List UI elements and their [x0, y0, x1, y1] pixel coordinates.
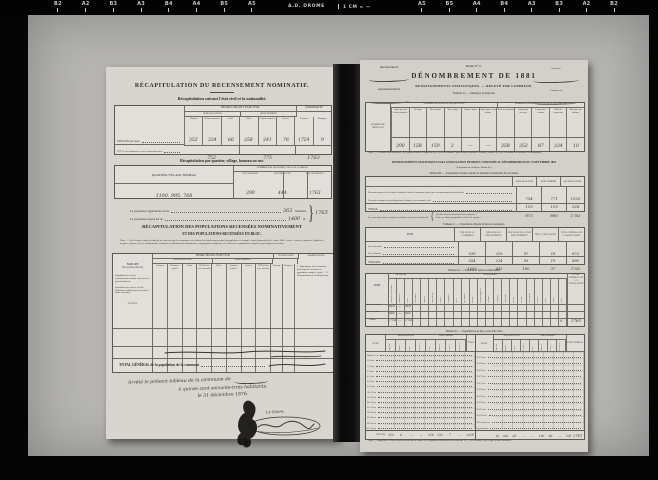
table-a-column: Ayant un seul rez-de-chaussée 390: [391, 108, 409, 151]
table-rule: [390, 137, 584, 138]
row-label: Personnes comptées à part (garnisons, ho…: [368, 200, 431, 203]
table-c-row: Sexe masculin 539 219 97 18 873: [366, 242, 584, 249]
total-value-handwritten: —: [416, 433, 426, 437]
dotted-leader: [466, 190, 512, 194]
column-header: Total: [407, 279, 409, 303]
table-a: NOMBRE DE MÉNAGES NOMBRE DE MAISONS D'HA…: [365, 102, 585, 152]
total-column-header: TOTAL GÉNÉRAL DE LA POPULATION: [568, 274, 584, 286]
age-label: 45 à 50 ans: [367, 428, 376, 430]
quarter-column-header: QUARTIER, VILLAGE, HAMEAU: [115, 166, 233, 183]
sparse-unit: id.: [303, 218, 306, 222]
state-column: Divorcés: [416, 340, 426, 351]
column-header: Total des maisons: [497, 108, 513, 112]
column-header: Divorcées: [559, 340, 561, 351]
table-b-caption: Tableau B. — Population classée d'après …: [360, 171, 588, 175]
calibration-tick: [476, 8, 477, 12]
column-header: Russes: [513, 279, 515, 303]
column-header: Filles: [532, 340, 534, 351]
right-page: DÉPARTEMENT ARRONDISSEMENT Modèle N° 11.…: [360, 60, 588, 452]
column-header: SEXE FÉMININ: [536, 177, 560, 186]
column-header: Garçons: [156, 264, 164, 268]
age-label: 3 à 4 ans: [367, 371, 374, 373]
column-header: Garçons: [389, 340, 391, 351]
commune-name-squiggle: [234, 379, 268, 385]
column-value-handwritten: 1754: [298, 138, 310, 143]
column-header: DES MAISONS: [243, 172, 258, 176]
column-value-handwritten: 159: [431, 144, 440, 149]
grand-total-header: TOTAL GÉNÉRAL: [566, 335, 584, 351]
calibration-marks-right: A5 B5 A4 B4 A3 B3 A2 B2: [418, 1, 618, 12]
question-option-2: L'une ou l'autre population a-t-elle été…: [436, 217, 482, 220]
sparse-value-handwritten: 1400: [288, 217, 300, 222]
calibration-tick: [168, 8, 169, 12]
total-value-handwritten: 352: [386, 433, 396, 437]
table-a-column: Total des logements 334: [549, 108, 567, 151]
table-a-column: Moyenne par maison 10: [566, 108, 584, 151]
column-value-handwritten: 76: [283, 138, 289, 143]
age-label: 55 à 60 ans: [477, 363, 486, 365]
column-value-handwritten: —: [486, 144, 491, 149]
recap-title: RÉCAPITULATION DES POPULATIONS RECENSÉES…: [106, 224, 338, 229]
column-value-handwritten: 87: [538, 144, 544, 149]
age-header: ÂGES: [366, 335, 385, 351]
question-text: Les renseignements consignés au tableau …: [368, 217, 429, 220]
table-d-total-label: Totaux.: [369, 319, 376, 322]
column-header: Autrichiens: [432, 279, 434, 303]
table-e-left-panel: ÂGES SEXE MASCULIN Garçons Mariés Veuf: [366, 335, 476, 439]
state-column: Filles: [530, 340, 539, 351]
age-label: 90 à 95 ans: [477, 409, 486, 411]
dotted-leader: [433, 198, 512, 202]
question-brace: {: [431, 211, 434, 222]
table-c-caption: Tableau C. — Population d'après le lieu …: [360, 222, 588, 226]
table-a-column: Total des maisons 358: [496, 108, 514, 151]
table-b-total-row: TOTAL. 873 890 1763: [366, 203, 584, 212]
column-header: Divorcés: [523, 340, 525, 351]
age-label: 30 à 35 ans: [367, 412, 376, 414]
table-e-right-panel: ÂGES SEXE MASCULIN Garçons Mariés Veuf: [476, 335, 584, 439]
calibration-tick: [113, 8, 114, 12]
grand-total-row: TOTAL GÉNÉRAL de la population de la com…: [113, 358, 333, 372]
left-page-subtitle: Récapitulation suivant l'état civil et l…: [106, 96, 338, 101]
civil-table-column: Femmes mariées 341: [258, 117, 276, 145]
calibration-mark-label: B4: [500, 1, 508, 7]
civil-table-column: Veuves 76: [276, 117, 294, 145]
total-value-handwritten: 333: [435, 433, 445, 437]
scanner-bed: RÉCAPITULATION DU RECENSEMENT NOMINATIF.…: [28, 15, 649, 456]
calibration-mark: A2: [583, 1, 591, 12]
calibration-tick: [251, 8, 252, 12]
total-value-handwritten: —: [396, 318, 404, 326]
table-d: SEXE FRANÇAIS Français de naissance Natu…: [365, 273, 585, 327]
summary-total-handwritten: 1763: [315, 210, 328, 216]
column-header: Hommes mariés: [168, 264, 182, 270]
age-label: 40 à 45 ans: [367, 423, 376, 425]
column-header: Divorcés: [419, 340, 421, 351]
question-line: Les renseignements consignés au tableau …: [368, 213, 580, 220]
column-header: Moyenne par maison: [567, 108, 584, 114]
calibration-tick: [421, 8, 422, 12]
panel-total-header: TOTAL: [466, 335, 475, 351]
closing-statement: Arrêté le présent tableau de la commune …: [128, 379, 318, 398]
table-a-columns: Ayant un seul rez-de-chaussée 390 Un éta…: [391, 108, 584, 151]
table-rule: [113, 328, 333, 329]
column-value-handwritten: 341: [263, 138, 272, 143]
calibration-marks-left: B2 A2 B3 A3 B4 A4 B5 A5: [54, 1, 256, 12]
column-header: Mariés: [505, 340, 507, 351]
grand-total-label: TOTAL des habitants recensés nominativem…: [117, 151, 162, 154]
scale-label: 1 CM = —: [338, 4, 371, 10]
column-header: Français de naissance: [391, 279, 393, 303]
column-header: Polonais: [488, 279, 490, 303]
column-header: Roumains: [505, 279, 507, 303]
column-header: NÉS DANS LE DÉPARTEMENT: [480, 228, 506, 241]
calibration-mark-label: A3: [528, 1, 536, 7]
state-column: Veufs: [512, 340, 521, 351]
column-value-handwritten: 2: [451, 144, 454, 149]
total-label: TOTAUX.: [368, 261, 381, 265]
quarter-value-handwritten: 1100. 995. 768: [156, 194, 193, 199]
age-label: 10 à 15 ans: [367, 392, 376, 394]
calibration-mark: B4: [165, 1, 173, 12]
age-label: 65 à 70 ans: [477, 376, 486, 378]
column-value-handwritten: 358: [244, 138, 253, 143]
grand-total-handwritten: 1763: [573, 433, 582, 437]
column-header: Suédois: [521, 279, 523, 303]
state-column: Divorcées: [557, 340, 566, 351]
table-d-caption: Tableau D. — Population selon la nationa…: [360, 268, 588, 272]
column-header: Deux étages: [430, 108, 441, 112]
age-label: Âges inconnus: [477, 428, 489, 430]
table-c: SEXE NÉS DANS LA COMMUNENÉS DANS LE DÉPA…: [365, 227, 585, 265]
age-label: 25 à 30 ans: [367, 407, 376, 409]
female-sum-cell: 775: [239, 146, 295, 154]
grand-total-cell: 1763: [295, 146, 331, 154]
calibration-mark-label: B5: [445, 1, 453, 7]
column-header: Veuves: [245, 264, 252, 268]
calibration-mark-label: B2: [610, 1, 618, 7]
table-a-column: Trois étages 2: [444, 108, 462, 151]
age-label: 2 à 3 ans: [367, 366, 374, 368]
table-b-rows: Personnes ayant leur résidence habituell…: [366, 187, 584, 203]
column-header: Logements vacants: [532, 108, 549, 114]
table-a-left-head: NOMBRE DE MÉNAGES: [366, 124, 390, 130]
column-header: Total: [561, 279, 563, 303]
table-e: ÂGES SEXE MASCULIN Garçons Mariés Veuf: [365, 334, 585, 440]
column-header: Norvégiens: [529, 279, 531, 303]
column-header: Garçons: [496, 340, 498, 351]
column-value-handwritten: 352: [519, 144, 528, 149]
agglomerated-value-handwritten: 363: [283, 209, 292, 214]
column-header: NÉS DANS LA COMMUNE: [454, 228, 480, 241]
column-header: Un étage: [414, 108, 422, 112]
table-b-row: Personnes ayant leur résidence habituell…: [366, 187, 584, 195]
calibration-tick: [85, 8, 86, 12]
column-value-handwritten: —: [468, 144, 473, 149]
state-column: Veuves: [548, 340, 557, 351]
column-header: Cinq étages et au-dessus: [480, 108, 497, 114]
microfilm-scan: B2 A2 B3 A3 B4 A4 B5 A5: [0, 0, 658, 480]
column-header: Espagnols: [448, 279, 450, 303]
table-a-left-head-cell: NOMBRE DE MÉNAGES: [366, 103, 390, 151]
calibration-mark: A2: [82, 1, 90, 12]
column-header: Mariées: [541, 340, 543, 351]
age-label: 35 à 40 ans: [367, 417, 376, 419]
fr-value-row: 869 — 869: [388, 304, 412, 311]
age-label: 50 à 55 ans: [477, 357, 486, 359]
left-page: RÉCAPITULATION DU RECENSEMENT NOMINATIF.…: [106, 67, 338, 439]
totals-label: TOTAUX: [366, 434, 386, 436]
calibration-mark: B2: [54, 1, 62, 12]
column-header: Veufs: [228, 117, 233, 121]
populations-detail-table: NATURE DES POPULATIONS Populations recen…: [112, 253, 334, 373]
column-header: Belges: [440, 279, 442, 303]
table-c-row: Sexe féminin 554 224 93 19 890: [366, 249, 584, 256]
commune-label: Commune de: [528, 90, 584, 93]
column-header: Filles: [216, 264, 221, 268]
agglomerated-unit: habitants: [295, 210, 306, 214]
column-value-handwritten: 158: [413, 144, 422, 149]
column-header: Logements occupés: [515, 108, 532, 114]
total-label: TOTAL.: [368, 208, 378, 212]
quarter-section-title: Récapitulation par quartier, village, ha…: [106, 159, 338, 163]
column-header: Veuves: [282, 117, 289, 121]
age-label: 20 à 25 ans: [367, 402, 376, 404]
stat-heading: RENSEIGNEMENTS STATISTIQUES SUR LA POPUL…: [360, 161, 588, 164]
column-header: Femmes mariées: [227, 264, 241, 270]
column-header: Mariées: [439, 340, 441, 351]
column-value-handwritten: 352: [189, 138, 198, 143]
column-value-handwritten: 1763: [309, 191, 321, 196]
calibration-mark: A4: [473, 1, 481, 12]
state-column: Divorcés: [521, 340, 530, 351]
table-a-column: Quatre étages —: [461, 108, 479, 151]
female-columns: Filles Mariées Veuves Divorcées: [426, 340, 466, 351]
column-header: Naturalisés: [399, 279, 401, 303]
age-label: Moins de 1 an: [367, 355, 378, 357]
table-b-headers: SEXE MASCULINSEXE FÉMININLES DEUX SEXES: [512, 177, 584, 186]
column-value-handwritten: 390: [246, 191, 255, 196]
column-header: Veufs: [187, 264, 192, 268]
calibration-mark-label: A4: [473, 1, 481, 7]
civil-table-label-cell: TOTAUX par sexe TOTAL des habitants rece…: [115, 106, 184, 154]
state-column: Mariés: [396, 340, 406, 351]
tally-grid: [385, 351, 475, 429]
calibration-mark: A3: [528, 1, 536, 12]
civil-table-column: Hommes mariés 334: [202, 117, 220, 145]
tally-grid: [493, 351, 584, 429]
calibration-mark: A5: [248, 1, 256, 12]
state-column: Mariés: [503, 340, 512, 351]
age-label: 1 à 2 ans: [367, 360, 374, 362]
age-label: 6 à 10 ans: [367, 386, 375, 388]
quarter-count-column: DES HABITANTS 1763: [299, 172, 331, 198]
column-header: Divorcées: [459, 340, 461, 351]
column-divider: [307, 171, 308, 198]
calibration-mark: B4: [500, 1, 508, 12]
calibration-tick: [531, 8, 532, 12]
table-c-total-row: TOTAUX. 1093 443 190 37 1763: [366, 256, 584, 265]
male-columns: Garçons Mariés Veufs Divorcés: [386, 340, 426, 351]
etrangers-total-handwritten: 9: [560, 319, 562, 323]
grand-total-row-label: TOTAL GÉNÉRAL de la population de la com…: [119, 363, 199, 367]
calibration-mark-label: A4: [193, 1, 201, 7]
handwritten-total-stroke: [267, 360, 327, 370]
calibration-mark-label: A5: [418, 1, 426, 7]
quarter-table: QUARTIER, VILLAGE, HAMEAU 1100. 995. 768…: [114, 165, 332, 199]
dotted-leader: [171, 209, 281, 213]
table-d-row-labels: Sexe masculinSexe féminin: [367, 304, 387, 318]
calibration-mark-label: A5: [248, 1, 256, 7]
column-header: DES HABITANTS: [306, 172, 324, 176]
civil-table-column: Filles 358: [239, 117, 257, 145]
table-d-fr-values: 869 — 869 885 — 885: [388, 304, 412, 318]
state-column: Divorcées: [456, 340, 466, 351]
calibration-tick: [504, 8, 505, 12]
calibration-tick: [196, 8, 197, 12]
column-header: Étrangers: [318, 117, 327, 121]
population-summary-lines: La population agglomérée est de 363 habi…: [130, 206, 306, 222]
column-header: Veufs: [409, 340, 411, 351]
state-column: Mariées: [436, 340, 446, 351]
calibration-mark: A4: [193, 1, 201, 12]
table-a-column: Deux étages 159: [426, 108, 444, 151]
column-header: Italiens: [472, 279, 474, 303]
state-column: Veuves: [446, 340, 456, 351]
calibration-mark-label: B4: [165, 1, 173, 7]
calibration-tick: [559, 8, 560, 12]
total-value-handwritten: 7: [445, 433, 455, 437]
column-header: Turcs: [545, 279, 547, 303]
civil-table-column: Garçons 352: [184, 117, 202, 145]
calibration-mark: A3: [137, 1, 145, 12]
age-header: ÂGES: [476, 335, 493, 351]
column-value-handwritten: 9: [321, 138, 324, 143]
summary-brace: }: [308, 203, 314, 223]
column-header: Français: [300, 117, 308, 121]
total-value-handwritten: 1058: [465, 433, 475, 437]
column-header: Femmes mariées: [259, 117, 275, 121]
calibration-tick: [614, 8, 615, 12]
table-a-column: Cinq étages et au-dessus —: [479, 108, 497, 151]
civil-table-column: Étrangers 9: [313, 117, 331, 145]
table-b-row: Personnes comptées à part (garnisons, ho…: [366, 195, 584, 203]
calibration-tick: [141, 8, 142, 12]
state-column: Mariées: [539, 340, 548, 351]
calibration-mark-label: B5: [220, 1, 228, 7]
row-label: Sexe féminin: [367, 311, 387, 318]
column-header: SEXE MASCULIN: [512, 177, 536, 186]
nota-paragraph: Nota. — Cette dernière partie du tableau…: [120, 240, 324, 246]
column-divider: [283, 171, 284, 198]
calibration-mark-label: B3: [109, 1, 117, 7]
total-value-handwritten: 8: [396, 433, 406, 437]
fr-value-row: 885 — 885: [388, 311, 412, 318]
column-header: TOTAL GÉNÉRAL DE LA POPULATION: [558, 228, 584, 241]
total-value-handwritten: 1754: [404, 318, 412, 326]
table-e-caption: Tableau E. — Population par âge et par é…: [360, 329, 588, 333]
male-sum-cell: 752: [184, 146, 239, 154]
calibration-mark: B5: [220, 1, 228, 12]
table-a-column: Logements vacants 87: [531, 108, 549, 151]
table-e-footnote: Nota. — Rapprocher le total du présent t…: [368, 440, 580, 443]
nature-column: NATURE DES POPULATIONS Populations recen…: [113, 254, 152, 372]
column-header: Quatre étages: [464, 108, 477, 112]
column-header: Hommes mariés: [205, 117, 220, 121]
age-label: 80 à 85 ans: [477, 396, 486, 398]
calibration-mark-label: A2: [583, 1, 591, 7]
table-a-note: Nota. — Le nombre des ménages et des mai…: [368, 152, 580, 155]
column-header: TOTAL du sexe masculin: [197, 264, 211, 270]
table-c-rows: Sexe masculin 539 219 97 18 873 Sexe fém…: [366, 242, 584, 256]
dotted-leader: [165, 217, 286, 221]
state-column: Filles: [426, 340, 436, 351]
column-header: Trois étages: [447, 108, 458, 112]
column-header: Filles: [429, 340, 431, 351]
row-head: SEXE: [366, 228, 454, 241]
table-a-column: Un étage 158: [409, 108, 427, 151]
state-column: Veufs: [406, 340, 416, 351]
ink-blot: [234, 399, 268, 451]
calibration-tick: [449, 8, 450, 12]
civil-status-table: TOTAUX par sexe TOTAL des habitants rece…: [114, 105, 332, 155]
row1-label: Populations recensées nominativement (to…: [113, 269, 152, 284]
column-value-handwritten: 66: [227, 138, 233, 143]
sparse-label: La population éparse est de: [130, 218, 163, 222]
age-label: 75 à 80 ans: [477, 389, 486, 391]
dotted-leader: [142, 139, 180, 143]
column-value-handwritten: 390: [396, 144, 405, 149]
row2-label: Populations recensées en bloc (détail pa…: [113, 284, 152, 296]
calibration-mark-label: A2: [82, 1, 90, 7]
column-header: NÉS À L'ÉTRANGER: [532, 228, 558, 241]
calibration-tick: [57, 8, 58, 12]
dotted-leader: [384, 244, 454, 248]
female-columns: Filles Mariées Veuves Divorcées: [530, 340, 566, 351]
age-label: 95 à 100 ans: [477, 415, 487, 417]
column-header: Luxembourgeois: [480, 279, 482, 303]
grand-total-handwritten: 1763: [571, 318, 581, 323]
column-header: Anglais: [424, 279, 426, 303]
calibration-mark: B3: [109, 1, 117, 12]
column-header: Garçons: [190, 117, 198, 121]
table-a-column: Logements occupés 352: [514, 108, 532, 151]
column-value-handwritten: 358: [501, 144, 510, 149]
totals-values: 1034085——19080—705: [493, 434, 574, 438]
canton-value-squiggle: [533, 77, 579, 83]
calibration-mark: A5: [418, 1, 426, 12]
totaux-label: TOTAUX.: [127, 295, 137, 306]
civil-table-column: Veufs 66: [221, 117, 239, 145]
column-header: Hollandais: [464, 279, 466, 303]
state-column: Garçons: [386, 340, 396, 351]
column-header: NÉS DANS UN AUTRE DÉPARTEMENT: [506, 228, 532, 241]
left-page-title: RÉCAPITULATION DU RECENSEMENT NOMINATIF.: [106, 83, 338, 89]
column-header: TOTAL du sexe féminin: [256, 264, 270, 270]
age-label: 70 à 75 ans: [477, 383, 486, 385]
maire-label: Le Maire,: [266, 409, 285, 415]
agglomerated-label: La population agglomérée est de: [130, 210, 169, 214]
table-c-headers: NÉS DANS LA COMMUNENÉS DANS LE DÉPARTEME…: [454, 228, 584, 241]
calibration-tick: [586, 8, 587, 12]
total-value-handwritten: —: [406, 433, 416, 437]
column-header: Veuves: [449, 340, 451, 351]
age-label: 5 à 6 ans: [367, 381, 374, 383]
age-label: 15 à 20 ans: [367, 397, 376, 399]
age-label: 85 à 90 ans: [477, 402, 486, 404]
quarter-count-column: DES MAISONS 390: [234, 172, 266, 198]
calibration-mark-label: B2: [54, 1, 62, 7]
